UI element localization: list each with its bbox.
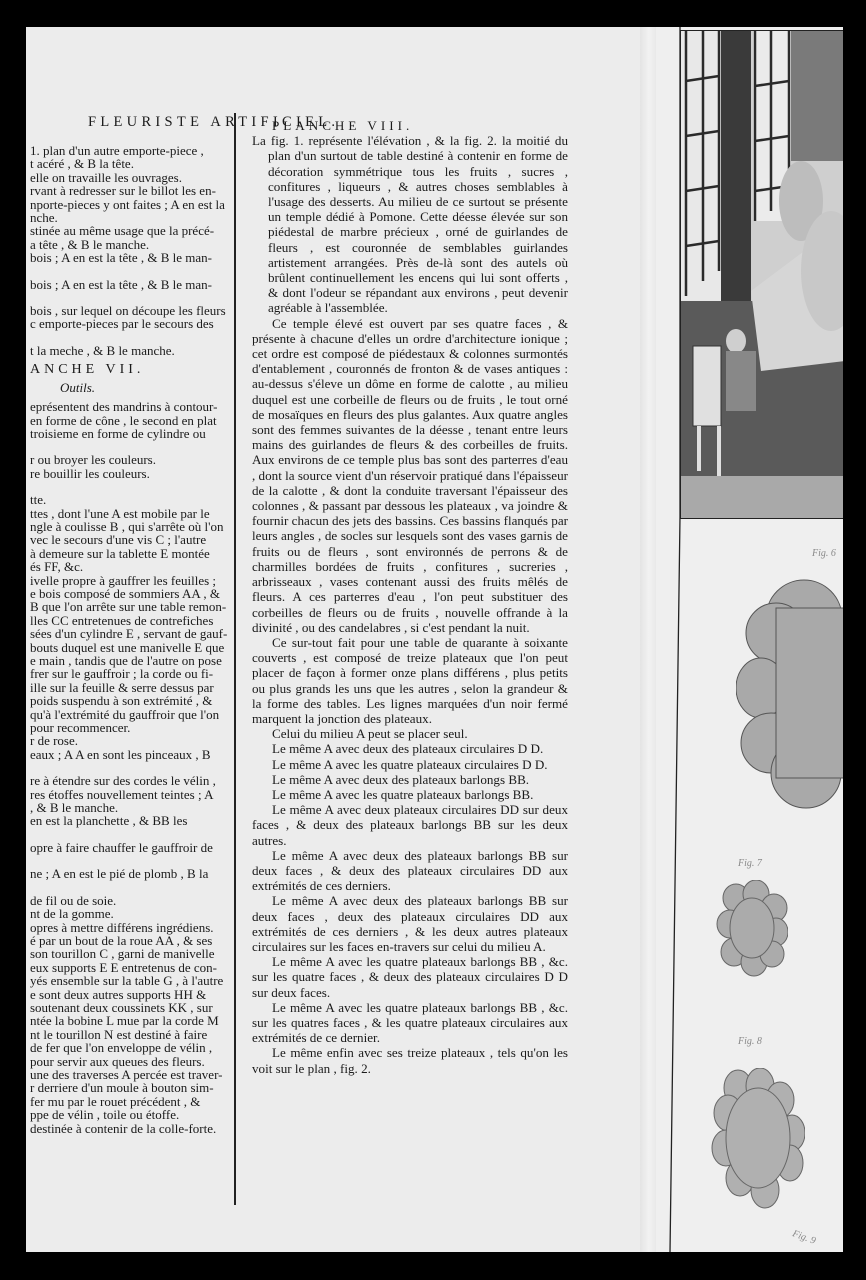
paragraph: Le même A avec deux des plateaux barlong… [252, 848, 568, 894]
blank-line [30, 828, 236, 841]
paragraph: Le même A avec les quatre plateaux circu… [252, 757, 568, 772]
text-line: nporte-pieces y ont faites ; A en est la [30, 198, 236, 211]
text-line: rvant à redresser sur le billot les en- [30, 184, 236, 197]
figure-label-6: Fig. 6 [812, 548, 836, 559]
left-column-top-text: 1. plan d'un autre emporte-piece ,t acér… [30, 144, 236, 357]
text-line: pour recommencer. [30, 721, 236, 734]
text-line: frer sur le gauffroir ; la corde ou fi- [30, 667, 236, 680]
blank-line [30, 265, 236, 278]
text-line: ivelle propre à gauffrer les feuilles ; [30, 574, 236, 587]
text-line: , & B le manche. [30, 801, 236, 814]
text-line: yés ensemble sur la table G , à l'autre [30, 974, 236, 987]
text-line: és FF, &c. [30, 560, 236, 573]
outils-subheading: Outils. [30, 381, 236, 394]
text-line: ntée la bobine L mue par la corde M [30, 1014, 236, 1027]
paragraph: Le même enfin avec ses treize plateaux ,… [252, 1045, 568, 1075]
text-line: bois , sur lequel on découpe les fleurs [30, 304, 236, 317]
text-line: r de rose. [30, 734, 236, 747]
text-line: ttes , dont l'une A est mobile par le [30, 507, 236, 520]
column-divider [234, 113, 236, 1205]
text-line: e main , tandis que de l'autre on pose [30, 654, 236, 667]
text-line: ngle à coulisse B , qui s'arrête où l'on [30, 520, 236, 533]
paragraph: Le même A avec deux des plateaux circula… [252, 741, 568, 756]
text-line: nt le tourillon N est destiné à faire [30, 1028, 236, 1041]
text-line: opres à mettre différens ingrédiens. [30, 921, 236, 934]
text-line: qu'à l'extrémité du gauffroir que l'on [30, 708, 236, 721]
text-line: de fer que l'on enveloppe de vélin , [30, 1041, 236, 1054]
text-line: é par un bout de la roue AA , & ses [30, 934, 236, 947]
text-line: fer mu par le rouet précédent , & [30, 1095, 236, 1108]
fig6-rosette-shape [736, 578, 846, 813]
text-line: eux supports E E entretenus de con- [30, 961, 236, 974]
text-line: sées d'un cylindre E , servant de gauf- [30, 627, 236, 640]
left-page: FLEURISTE ARTIFICIEL. 1. plan d'un autre… [26, 27, 656, 1252]
engraving-workshop-scene [680, 30, 845, 519]
text-line: poids suspendu à son extrémité , & [30, 694, 236, 707]
right-column: PLANCHE VIII. La fig. 1. représente l'él… [252, 118, 568, 1076]
text-line: nt de la gomme. [30, 907, 236, 920]
text-line: e sont deux autres supports HH & [30, 988, 236, 1001]
text-line: pour servir aux queues des fleurs. [30, 1055, 236, 1068]
text-line: eprésentent des mandrins à contour- [30, 400, 236, 413]
text-line: bois ; A en est la tête , & B le man- [30, 251, 236, 264]
text-line: 1. plan d'un autre emporte-piece , [30, 144, 236, 157]
planche-vii-heading: ANCHE VII. [30, 363, 236, 376]
text-line: tte. [30, 493, 236, 506]
text-line: une des traverses A percée est traver- [30, 1068, 236, 1081]
text-line: r ou broyer les couleurs. [30, 453, 236, 466]
text-line: r derriere d'un moule à bouton sim- [30, 1081, 236, 1094]
paragraph: Ce sur-tout fait pour une table de quara… [252, 635, 568, 726]
engraving-illustration [681, 31, 845, 518]
figure-label-8: Fig. 8 [738, 1036, 762, 1047]
planche-viii-title: PLANCHE VIII. [252, 118, 568, 133]
text-line: destinée à contenir de la colle-forte. [30, 1122, 236, 1135]
text-line: en forme de cône , le second en plat [30, 414, 236, 427]
text-line: à demeure sur la tablette E montée [30, 547, 236, 560]
text-line: c emporte-pieces par le secours des [30, 317, 236, 330]
left-column-bottom-text: eprésentent des mandrins à contour-en fo… [30, 400, 236, 1135]
blank-line [30, 881, 236, 894]
left-column: 1. plan d'un autre emporte-piece ,t acér… [30, 144, 236, 1135]
text-line: a tête , & B le manche. [30, 238, 236, 251]
text-line: eaux ; A A en sont les pinceaux , B [30, 748, 236, 761]
text-line: bouts duquel est une manivelle E que [30, 641, 236, 654]
text-line: opre à faire chauffer le gauffroir de [30, 841, 236, 854]
text-line: lles CC entretenues de contrefiches [30, 614, 236, 627]
paragraph: Celui du milieu A peut se placer seul. [252, 726, 568, 741]
right-column-paragraphs: La fig. 1. représente l'élévation , & la… [252, 133, 568, 1076]
text-line: de fil ou de soie. [30, 894, 236, 907]
text-line: elle on travaille les ouvrages. [30, 171, 236, 184]
paragraph: Ce temple élevé est ouvert par ses quatr… [252, 316, 568, 635]
text-line: B que l'on arrête sur une table remon- [30, 600, 236, 613]
blank-line [30, 480, 236, 493]
text-line: t acéré , & B la tête. [30, 157, 236, 170]
text-line: res étoffes nouvellement teintes ; A [30, 788, 236, 801]
fig7-rosette-shape [716, 880, 788, 980]
text-line: re bouillir les couleurs. [30, 467, 236, 480]
text-line: son tourillon C , garni de manivelle [30, 947, 236, 960]
text-line: t la meche , & B le manche. [30, 344, 236, 357]
figure-label-7: Fig. 7 [738, 858, 762, 869]
blank-line [30, 331, 236, 344]
text-line: stinée au même usage que la précé- [30, 224, 236, 237]
text-line: ille sur la feuille & serre dessus par [30, 681, 236, 694]
paragraph: Le même A avec les quatre plateaux barlo… [252, 1000, 568, 1046]
paragraph: Le même A avec les quatre plateaux barlo… [252, 787, 568, 802]
paragraph: Le même A avec deux des plateaux barlong… [252, 893, 568, 954]
text-line: bois ; A en est la tête , & B le man- [30, 278, 236, 291]
text-line: troisieme en forme de cylindre ou [30, 427, 236, 440]
paragraph: Le même A avec deux plateaux circulaires… [252, 802, 568, 848]
text-line: ne ; A en est le pié de plomb , B la [30, 867, 236, 880]
text-line: vec le secours d'une vis C ; l'autre [30, 533, 236, 546]
text-line: en est la planchette , & BB les [30, 814, 236, 827]
scan-border-right [843, 0, 866, 1280]
text-line: nche. [30, 211, 236, 224]
text-line: e bois composé de sommiers AA , & [30, 587, 236, 600]
paragraph: Le même A avec deux des plateaux barlong… [252, 772, 568, 787]
fig8-rosette-shape [710, 1068, 805, 1213]
text-line: ppe de vélin , toile ou étoffe. [30, 1108, 236, 1121]
text-line: re à étendre sur des cordes le vélin , [30, 774, 236, 787]
paragraph: Le même A avec les quatre plateaux barlo… [252, 954, 568, 1000]
text-line: soutenant deux coussinets KK , sur [30, 1001, 236, 1014]
paragraph: La fig. 1. représente l'élévation , & la… [252, 133, 568, 315]
